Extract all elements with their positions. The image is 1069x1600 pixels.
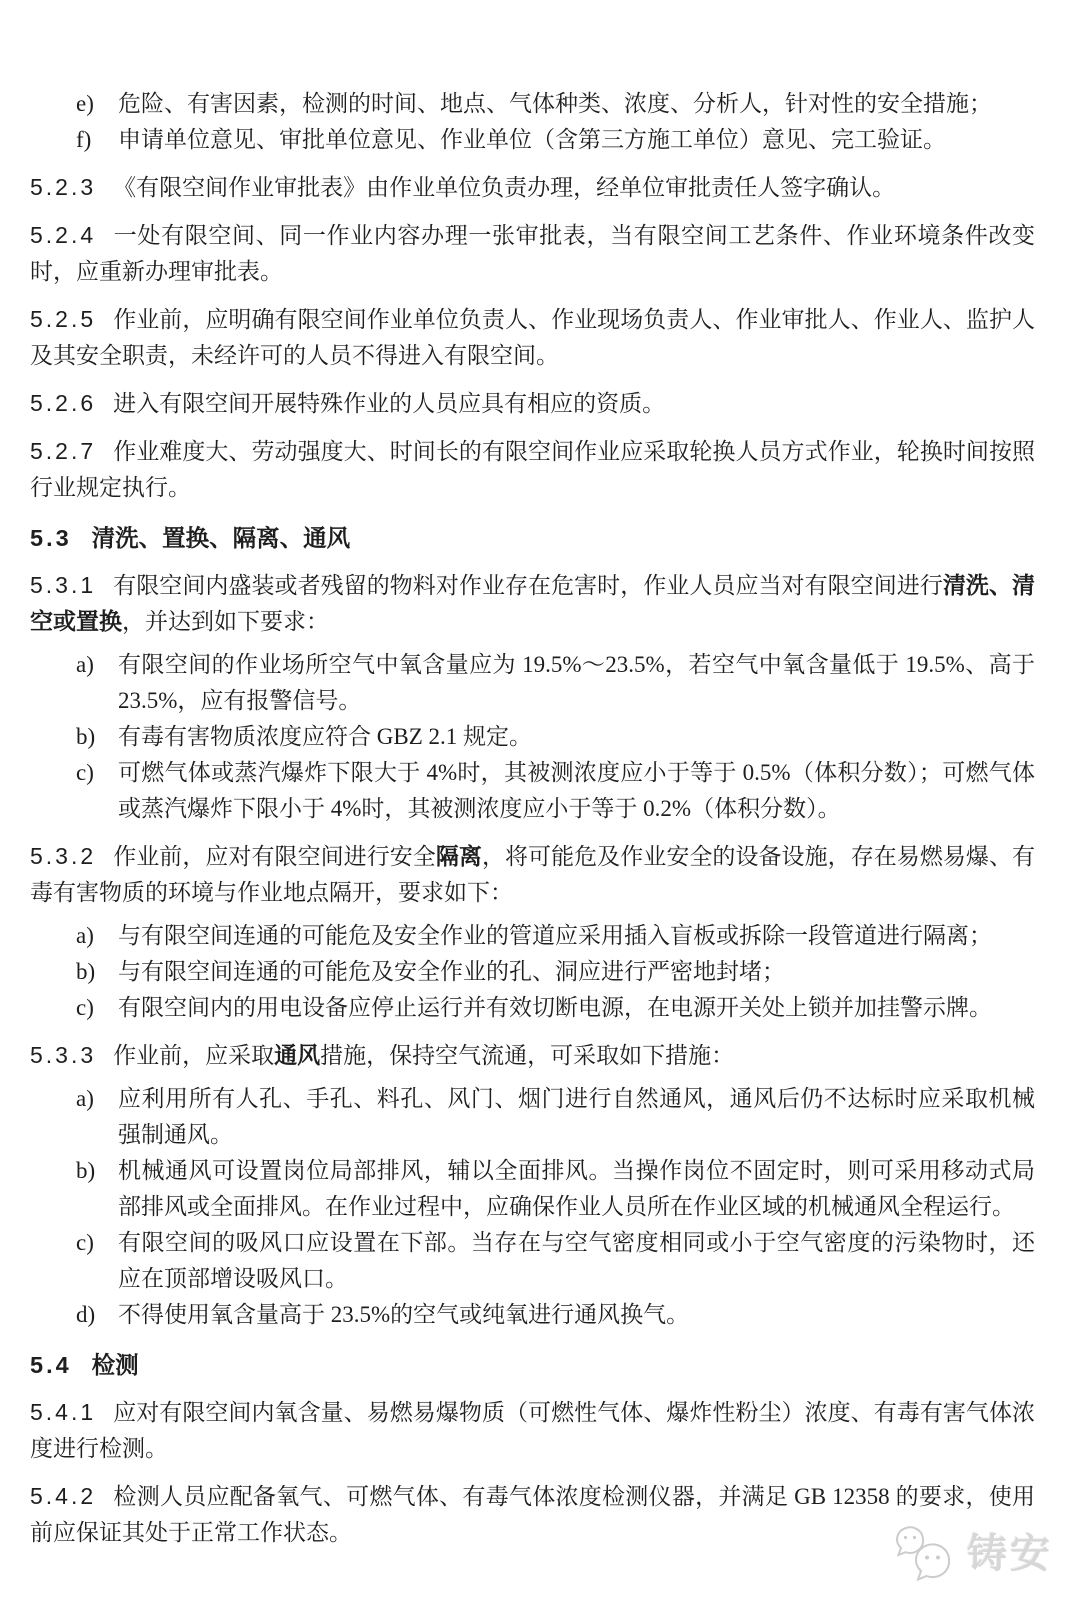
list-item-text: 有限空间内的用电设备应停止运行并有效切断电源，在电源开关处上锁并加挂警示牌。	[118, 995, 992, 1020]
lettered-list: a)与有限空间连通的可能危及安全作业的管道应采用插入盲板或拆除一段管道进行隔离；…	[30, 918, 1035, 1026]
clause-number: 5.2.5	[30, 306, 96, 332]
list-item-text: 应利用所有人孔、手孔、料孔、风门、烟门进行自然通风，通风后仍不达标时应采取机械强…	[118, 1086, 1035, 1147]
clause-number: 5.2.6	[30, 390, 96, 416]
lettered-list: e)危险、有害因素，检测的时间、地点、气体种类、浓度、分析人，针对性的安全措施；…	[30, 86, 1035, 158]
text-run: 作业前，应采取	[113, 1043, 274, 1068]
clause-paragraph: 5.3.2作业前，应对有限空间进行安全隔离，将可能危及作业安全的设备设施，存在易…	[30, 838, 1035, 911]
list-item-marker: b)	[76, 719, 95, 755]
list-item-text: 申请单位意见、审批单位意见、作业单位（含第三方施工单位）意见、完工验证。	[118, 127, 946, 152]
clause-paragraph: 5.3.3作业前，应采取通风措施，保持空气流通，可采取如下措施：	[30, 1037, 1035, 1074]
list-item: f)申请单位意见、审批单位意见、作业单位（含第三方施工单位）意见、完工验证。	[30, 122, 1035, 158]
text-run: 一处有限空间、同一作业内容办理一张审批表，当有限空间工艺条件、作业环境条件改变时…	[30, 223, 1035, 284]
clause-number: 5.4.2	[30, 1483, 96, 1509]
text-run: 机械通风可设置岗位局部排风，辅以全面排风。当操作岗位不固定时，则可采用移动式局部…	[118, 1158, 1035, 1219]
text-run: 检测人员应配备氧气、可燃气体、有毒气体浓度检测仪器，并满足 GB 12358 的…	[30, 1484, 1035, 1545]
list-item-marker: b)	[76, 954, 95, 990]
list-item: a)应利用所有人孔、手孔、料孔、风门、烟门进行自然通风，通风后仍不达标时应采取机…	[30, 1081, 1035, 1153]
list-item-text: 有限空间的作业场所空气中氧含量应为 19.5%～23.5%，若空气中氧含量低于 …	[118, 652, 1035, 713]
text-run: 有毒有害物质浓度应符合 GBZ 2.1 规定。	[118, 724, 532, 749]
text-run: 进入有限空间开展特殊作业的人员应具有相应的资质。	[113, 391, 665, 416]
list-item: d)不得使用氧含量高于 23.5%的空气或纯氧进行通风换气。	[30, 1297, 1035, 1333]
text-run: 有限空间内的用电设备应停止运行并有效切断电源，在电源开关处上锁并加挂警示牌。	[118, 995, 992, 1020]
clause-paragraph: 5.2.7作业难度大、劳动强度大、时间长的有限空间作业应采取轮换人员方式作业，轮…	[30, 433, 1035, 506]
watermark: 铸安	[893, 1524, 1053, 1584]
text-run: 不得使用氧含量高于 23.5%的空气或纯氧进行通风换气。	[118, 1302, 689, 1327]
clause-number: 5.4.1	[30, 1399, 96, 1425]
clause-number: 5.2.7	[30, 438, 96, 464]
list-item-text: 与有限空间连通的可能危及安全作业的管道应采用插入盲板或拆除一段管道进行隔离；	[118, 923, 992, 948]
list-item: c)有限空间内的用电设备应停止运行并有效切断电源，在电源开关处上锁并加挂警示牌。	[30, 990, 1035, 1026]
emphasis-text: 通风	[274, 1043, 320, 1068]
clause-paragraph: 5.3.1有限空间内盛装或者残留的物料对作业存在危害时，作业人员应当对有限空间进…	[30, 567, 1035, 640]
section-heading: 5.3清洗、置换、隔离、通风	[30, 520, 1035, 556]
lettered-list: a)有限空间的作业场所空气中氧含量应为 19.5%～23.5%，若空气中氧含量低…	[30, 647, 1035, 827]
list-item-text: 有毒有害物质浓度应符合 GBZ 2.1 规定。	[118, 724, 532, 749]
list-item-marker: e)	[76, 86, 94, 122]
clause-paragraph: 5.4.2检测人员应配备氧气、可燃气体、有毒气体浓度检测仪器，并满足 GB 12…	[30, 1478, 1035, 1551]
text-run: 危险、有害因素，检测的时间、地点、气体种类、浓度、分析人，针对性的安全措施；	[118, 91, 992, 116]
list-item-marker: c)	[76, 755, 94, 791]
list-item: b)与有限空间连通的可能危及安全作业的孔、洞应进行严密地封堵；	[30, 954, 1035, 990]
list-item-marker: f)	[76, 122, 91, 158]
text-run: 应利用所有人孔、手孔、料孔、风门、烟门进行自然通风，通风后仍不达标时应采取机械强…	[118, 1086, 1035, 1147]
document-content: e)危险、有害因素，检测的时间、地点、气体种类、浓度、分析人，针对性的安全措施；…	[0, 0, 1069, 1551]
text-run: 有限空间的作业场所空气中氧含量应为 19.5%～23.5%，若空气中氧含量低于 …	[118, 652, 1035, 713]
list-item-marker: b)	[76, 1153, 95, 1189]
clause-number: 5.2.3	[30, 174, 96, 200]
clause-paragraph: 5.4.1应对有限空间内氧含量、易燃易爆物质（可燃性气体、爆炸性粉尘）浓度、有毒…	[30, 1394, 1035, 1467]
text-run: 与有限空间连通的可能危及安全作业的管道应采用插入盲板或拆除一段管道进行隔离；	[118, 923, 992, 948]
list-item-text: 有限空间的吸风口应设置在下部。当存在与空气密度相同或小于空气密度的污染物时，还应…	[118, 1230, 1035, 1291]
clause-paragraph: 5.2.3《有限空间作业审批表》由作业单位负责办理，经单位审批责任人签字确认。	[30, 169, 1035, 206]
lettered-list: a)应利用所有人孔、手孔、料孔、风门、烟门进行自然通风，通风后仍不达标时应采取机…	[30, 1081, 1035, 1333]
text-run: 检测	[92, 1352, 139, 1378]
text-run: 应对有限空间内氧含量、易燃易爆物质（可燃性气体、爆炸性粉尘）浓度、有毒有害气体浓…	[30, 1400, 1035, 1461]
text-run: 作业前，应对有限空间进行安全	[113, 844, 436, 869]
clause-number: 5.3.3	[30, 1042, 96, 1068]
list-item-text: 与有限空间连通的可能危及安全作业的孔、洞应进行严密地封堵；	[118, 959, 785, 984]
text-run: 有限空间的吸风口应设置在下部。当存在与空气密度相同或小于空气密度的污染物时，还应…	[118, 1230, 1035, 1291]
clause-number: 5.4	[30, 1352, 72, 1378]
list-item: c)可燃气体或蒸汽爆炸下限大于 4%时，其被测浓度应小于等于 0.5%（体积分数…	[30, 755, 1035, 827]
clause-number: 5.2.4	[30, 222, 96, 248]
clause-paragraph: 5.2.5作业前，应明确有限空间作业单位负责人、作业现场负责人、作业审批人、作业…	[30, 301, 1035, 374]
clause-paragraph: 5.2.4一处有限空间、同一作业内容办理一张审批表，当有限空间工艺条件、作业环境…	[30, 217, 1035, 290]
list-item: e)危险、有害因素，检测的时间、地点、气体种类、浓度、分析人，针对性的安全措施；	[30, 86, 1035, 122]
emphasis-text: 隔离	[436, 844, 482, 869]
list-item-marker: a)	[76, 1081, 94, 1117]
list-item-text: 机械通风可设置岗位局部排风，辅以全面排风。当操作岗位不固定时，则可采用移动式局部…	[118, 1158, 1035, 1219]
text-run: 《有限空间作业审批表》由作业单位负责办理，经单位审批责任人签字确认。	[113, 175, 895, 200]
list-item-marker: c)	[76, 990, 94, 1026]
document-page: { "page": { "background_color": "#ffffff…	[0, 0, 1069, 1600]
section-heading: 5.4检测	[30, 1347, 1035, 1383]
clause-number: 5.3.1	[30, 572, 96, 598]
list-item-text: 不得使用氧含量高于 23.5%的空气或纯氧进行通风换气。	[118, 1302, 689, 1327]
clause-number: 5.3.2	[30, 843, 96, 869]
clause-paragraph: 5.2.6进入有限空间开展特殊作业的人员应具有相应的资质。	[30, 385, 1035, 422]
text-run: 清洗、置换、隔离、通风	[92, 525, 351, 551]
text-run: 申请单位意见、审批单位意见、作业单位（含第三方施工单位）意见、完工验证。	[118, 127, 946, 152]
text-run: 可燃气体或蒸汽爆炸下限大于 4%时，其被测浓度应小于等于 0.5%（体积分数）；…	[118, 760, 1035, 821]
text-run: 作业前，应明确有限空间作业单位负责人、作业现场负责人、作业审批人、作业人、监护人…	[30, 307, 1035, 368]
list-item: b)有毒有害物质浓度应符合 GBZ 2.1 规定。	[30, 719, 1035, 755]
list-item: a)与有限空间连通的可能危及安全作业的管道应采用插入盲板或拆除一段管道进行隔离；	[30, 918, 1035, 954]
text-run: 有限空间内盛装或者残留的物料对作业存在危害时，作业人员应当对有限空间进行	[113, 573, 943, 598]
text-run: 作业难度大、劳动强度大、时间长的有限空间作业应采取轮换人员方式作业，轮换时间按照…	[30, 439, 1035, 500]
text-run: 措施，保持空气流通，可采取如下措施：	[320, 1043, 734, 1068]
list-item-marker: c)	[76, 1225, 94, 1261]
list-item: b)机械通风可设置岗位局部排风，辅以全面排风。当操作岗位不固定时，则可采用移动式…	[30, 1153, 1035, 1225]
list-item-marker: a)	[76, 647, 94, 683]
text-run: 与有限空间连通的可能危及安全作业的孔、洞应进行严密地封堵；	[118, 959, 785, 984]
watermark-label: 铸安	[967, 1536, 1053, 1572]
text-run: ，并达到如下要求：	[122, 609, 329, 634]
list-item: c)有限空间的吸风口应设置在下部。当存在与空气密度相同或小于空气密度的污染物时，…	[30, 1225, 1035, 1297]
list-item-text: 可燃气体或蒸汽爆炸下限大于 4%时，其被测浓度应小于等于 0.5%（体积分数）；…	[118, 760, 1035, 821]
list-item-marker: d)	[76, 1297, 95, 1333]
list-item-marker: a)	[76, 918, 94, 954]
list-item: a)有限空间的作业场所空气中氧含量应为 19.5%～23.5%，若空气中氧含量低…	[30, 647, 1035, 719]
clause-number: 5.3	[30, 525, 72, 551]
list-item-text: 危险、有害因素，检测的时间、地点、气体种类、浓度、分析人，针对性的安全措施；	[118, 91, 992, 116]
chat-bubbles-icon	[893, 1524, 955, 1584]
